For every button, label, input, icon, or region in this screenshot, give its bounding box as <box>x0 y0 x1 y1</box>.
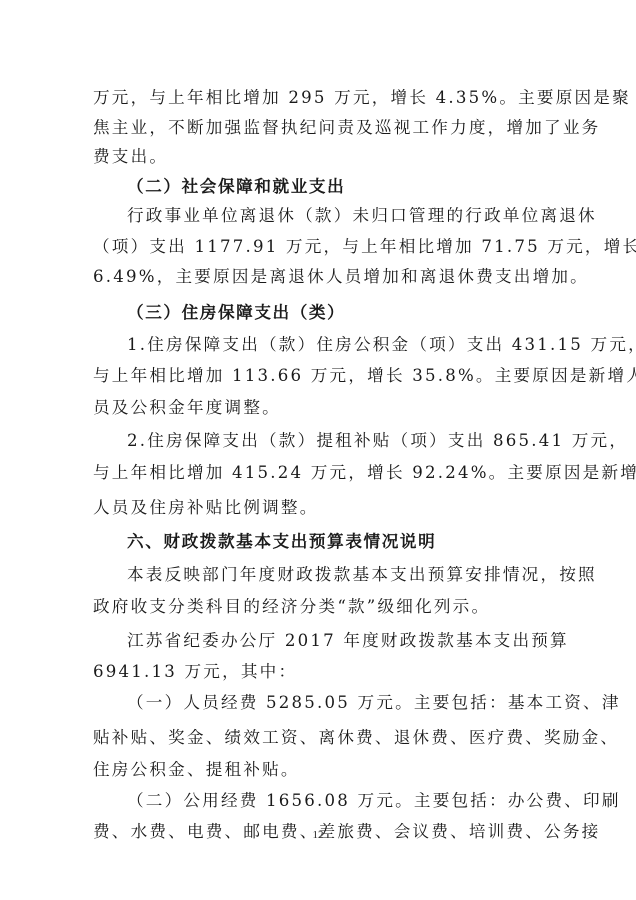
paragraph-line: 人员及住房补贴比例调整。 <box>93 498 553 518</box>
paragraph-line: 费支出。 <box>93 147 553 167</box>
paragraph-line: 住房公积金、提租补贴。 <box>93 760 553 780</box>
document-page: 万元，与上年相比增加 295 万元，增长 4.35%。主要原因是聚焦主业，不断加… <box>0 0 636 900</box>
paragraph-line: 焦主业，不断加强监督执纪问责及巡视工作力度，增加了业务 <box>93 118 553 138</box>
page-number: 12 <box>0 829 636 841</box>
paragraph-line: （一）人员经费 5285.05 万元。主要包括：基本工资、津 <box>127 693 553 713</box>
section-heading: 六、财政拨款基本支出预算表情况说明 <box>127 532 553 552</box>
paragraph-line: 与上年相比增加 113.66 万元，增长 35.8%。主要原因是新增人 <box>93 366 553 386</box>
paragraph-line: 6.49%，主要原因是离退休人员增加和离退休费支出增加。 <box>93 267 553 287</box>
section-heading: （二）社会保障和就业支出 <box>127 177 553 197</box>
paragraph-line: 与上年相比增加 415.24 万元，增长 92.24%。主要原因是新增 <box>93 463 553 483</box>
paragraph-line: 万元，与上年相比增加 295 万元，增长 4.35%。主要原因是聚 <box>93 88 553 108</box>
paragraph-line: 政府收支分类科目的经济分类“款”级细化列示。 <box>93 597 553 617</box>
paragraph-line: 贴补贴、奖金、绩效工资、离休费、退休费、医疗费、奖励金、 <box>93 728 553 748</box>
paragraph-line: 本表反映部门年度财政拨款基本支出预算安排情况，按照 <box>127 565 553 585</box>
paragraph-line: 2.住房保障支出（款）提租补贴（项）支出 865.41 万元， <box>127 431 553 451</box>
paragraph-line: （项）支出 1177.91 万元，与上年相比增加 71.75 万元，增长 <box>93 237 553 257</box>
paragraph-line: 行政事业单位离退休（款）未归口管理的行政单位离退休 <box>127 206 553 226</box>
section-heading: （三）住房保障支出（类） <box>127 303 553 323</box>
paragraph-line: （二）公用经费 1656.08 万元。主要包括：办公费、印刷 <box>127 791 553 811</box>
paragraph-line: 江苏省纪委办公厅 2017 年度财政拨款基本支出预算 <box>127 631 553 651</box>
paragraph-line: 员及公积金年度调整。 <box>93 398 553 418</box>
paragraph-line: 1.住房保障支出（款）住房公积金（项）支出 431.15 万元， <box>127 335 553 355</box>
paragraph-line: 6941.13 万元，其中： <box>93 662 553 682</box>
